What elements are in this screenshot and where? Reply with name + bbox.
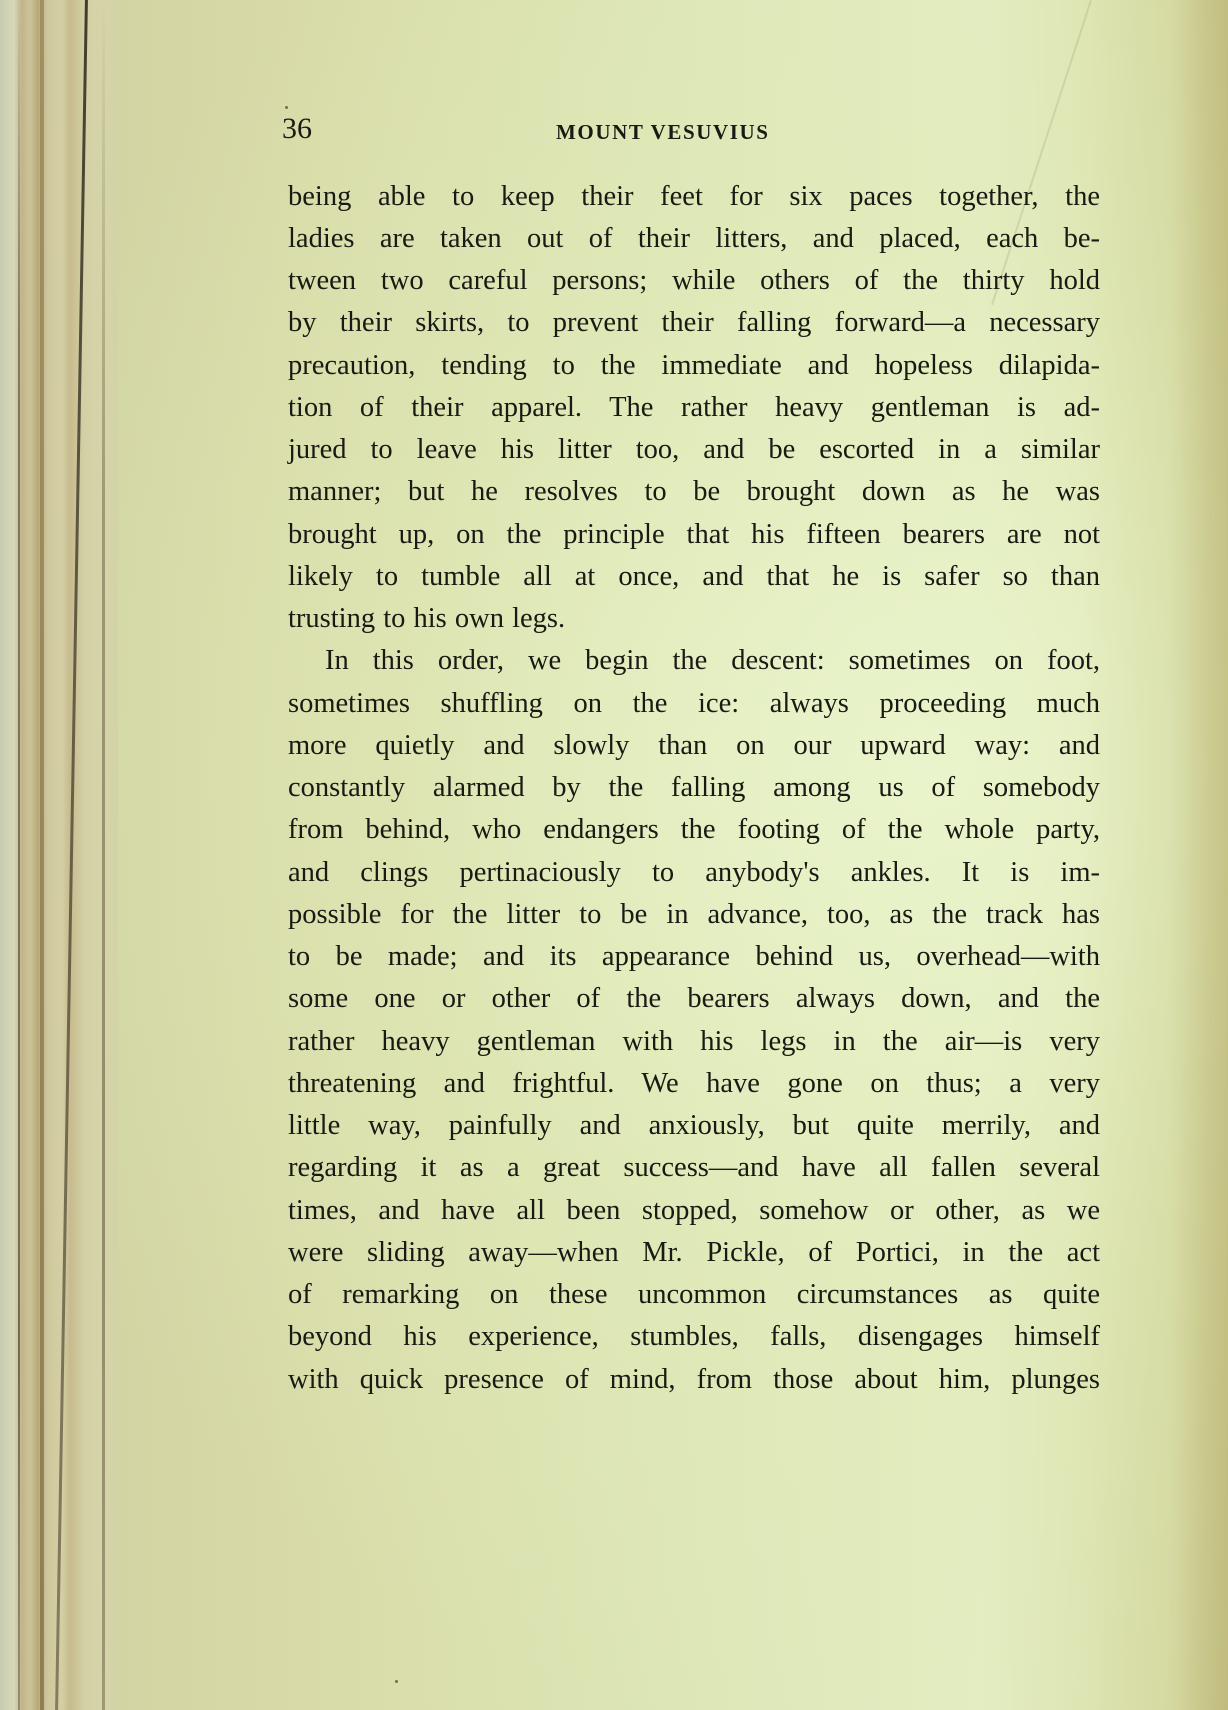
text-line: beyond his experience, stumbles, falls, … xyxy=(288,1320,1100,1354)
text-line: trusting to his own legs. xyxy=(288,602,1100,636)
text-line: manner; but he resolves to be brought do… xyxy=(288,475,1100,509)
text-line: sometimes shuffling on the ice: always p… xyxy=(288,687,1100,721)
ink-speck xyxy=(285,106,288,109)
text-line: of remarking on these uncommon circumsta… xyxy=(288,1278,1100,1312)
text-line: and clings pertinaciously to anybody's a… xyxy=(288,856,1100,890)
running-head: MOUNT VESUVIUS xyxy=(556,120,770,145)
text-line: brought up, on the principle that his fi… xyxy=(288,518,1100,552)
text-line: more quietly and slowly than on our upwa… xyxy=(288,729,1100,763)
text-line: tion of their apparel. The rather heavy … xyxy=(288,391,1100,425)
text-line: times, and have all been stopped, someho… xyxy=(288,1194,1100,1228)
text-line: rather heavy gentleman with his legs in … xyxy=(288,1025,1100,1059)
text-line: tween two careful persons; while others … xyxy=(288,264,1100,298)
text-line: ladies are taken out of their litters, a… xyxy=(288,222,1100,256)
text-line: were sliding away—when Mr. Pickle, of Po… xyxy=(288,1236,1100,1270)
text-line: precaution, tending to the immediate and… xyxy=(288,349,1100,383)
text-line: likely to tumble all at once, and that h… xyxy=(288,560,1100,594)
book-page: 36 MOUNT VESUVIUS being able to keep the… xyxy=(0,0,1228,1710)
text-line: to be made; and its appearance behind us… xyxy=(288,940,1100,974)
page-number: 36 xyxy=(282,112,312,146)
text-line: little way, painfully and anxiously, but… xyxy=(288,1109,1100,1143)
text-line: jured to leave his litter too, and be es… xyxy=(288,433,1100,467)
ink-speck xyxy=(395,1680,398,1683)
text-line: some one or other of the bearers always … xyxy=(288,982,1100,1016)
text-line: being able to keep their feet for six pa… xyxy=(288,180,1100,214)
text-line: by their skirts, to prevent their fallin… xyxy=(288,306,1100,340)
text-line: with quick presence of mind, from those … xyxy=(288,1363,1100,1397)
text-line: threatening and frightful. We have gone … xyxy=(288,1067,1100,1101)
text-line: possible for the litter to be in advance… xyxy=(288,898,1100,932)
paragraph-first-line: In this order, we begin the descent: som… xyxy=(325,644,1100,678)
text-line: regarding it as a great success—and have… xyxy=(288,1151,1100,1185)
text-line: constantly alarmed by the falling among … xyxy=(288,771,1100,805)
text-line: from behind, who endangers the footing o… xyxy=(288,813,1100,847)
